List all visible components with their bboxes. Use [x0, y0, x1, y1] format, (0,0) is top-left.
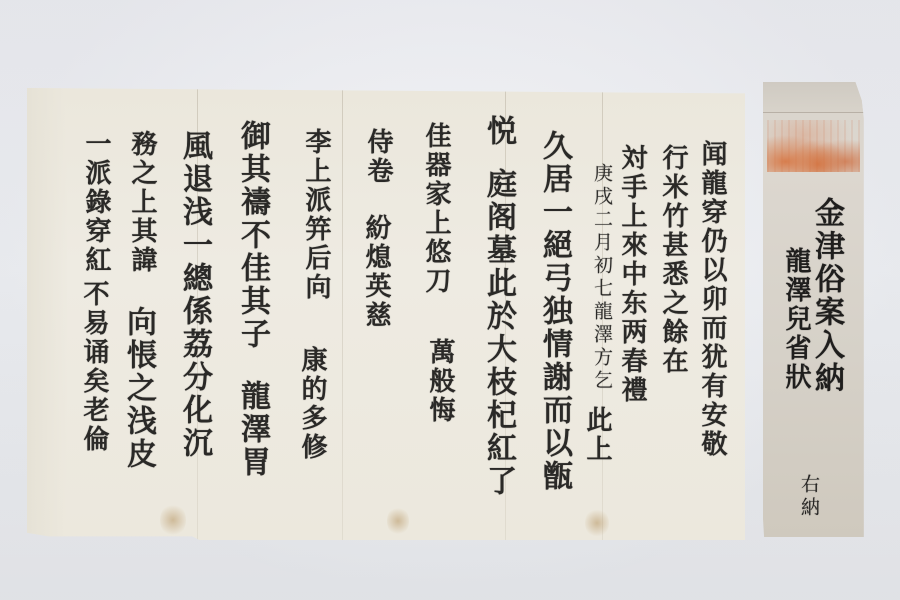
letter-column: 侍卷 — [365, 128, 391, 186]
letter-column: 一派錄穿紅 — [83, 130, 109, 275]
letter-column: 務之上其諱 — [129, 130, 155, 275]
letter-column: 萬般悔 — [427, 338, 453, 425]
letter-column: 対手上來中东两春禮 — [619, 144, 645, 405]
letter-column: 風退浅一總係荔分化沉 — [179, 130, 209, 460]
envelope-recipient: 金津俗案入納 — [811, 197, 841, 395]
letter-column: 向悵之浅皮 — [123, 306, 153, 471]
letter-column: 悦 — [483, 115, 513, 148]
envelope-flap — [763, 82, 868, 113]
letter-column-closing: 不易诵矣老倫 — [81, 280, 107, 454]
letter-column: 行米竹甚悉之餘在 — [660, 144, 686, 376]
letter-column: 紛熄英慈 — [363, 214, 389, 330]
letter-column: 李上派笄后向 — [303, 128, 329, 302]
letter-sheet: 闻龍穿仍以卯而犹有安敬 行米竹甚悉之餘在 対手上來中东两春禮 庚戌二月初七龍澤方… — [27, 88, 745, 540]
letter-column: 此上 — [584, 406, 610, 464]
letter-column: 龍澤胃 — [237, 380, 267, 479]
age-stain — [160, 503, 186, 537]
seal-residue — [767, 120, 860, 172]
envelope-sender: 龍澤兒省狀 — [783, 247, 809, 392]
age-stain — [585, 508, 609, 538]
paper-edge-strip — [27, 88, 67, 540]
letter-column: 闻龍穿仍以卯而犹有安敬 — [699, 140, 725, 459]
envelope: 金津俗案入納 龍澤兒省狀 右納 — [763, 82, 868, 537]
age-stain — [387, 506, 409, 536]
letter-column-date: 庚戌二月初七龍澤方乞 — [592, 163, 611, 393]
letter-column: 庭阁墓此於大枝杞紅了 — [483, 168, 513, 498]
letter-column: 久居一絕弓独情謝而以甑 — [539, 130, 569, 493]
fold-line — [342, 88, 343, 540]
letter-column: 康的多修 — [299, 346, 325, 462]
letter-column: 佳器家上悠刀 — [423, 122, 449, 296]
envelope-note: 右納 — [799, 474, 818, 520]
letter-column: 御其禱不佳其子 — [237, 120, 267, 351]
